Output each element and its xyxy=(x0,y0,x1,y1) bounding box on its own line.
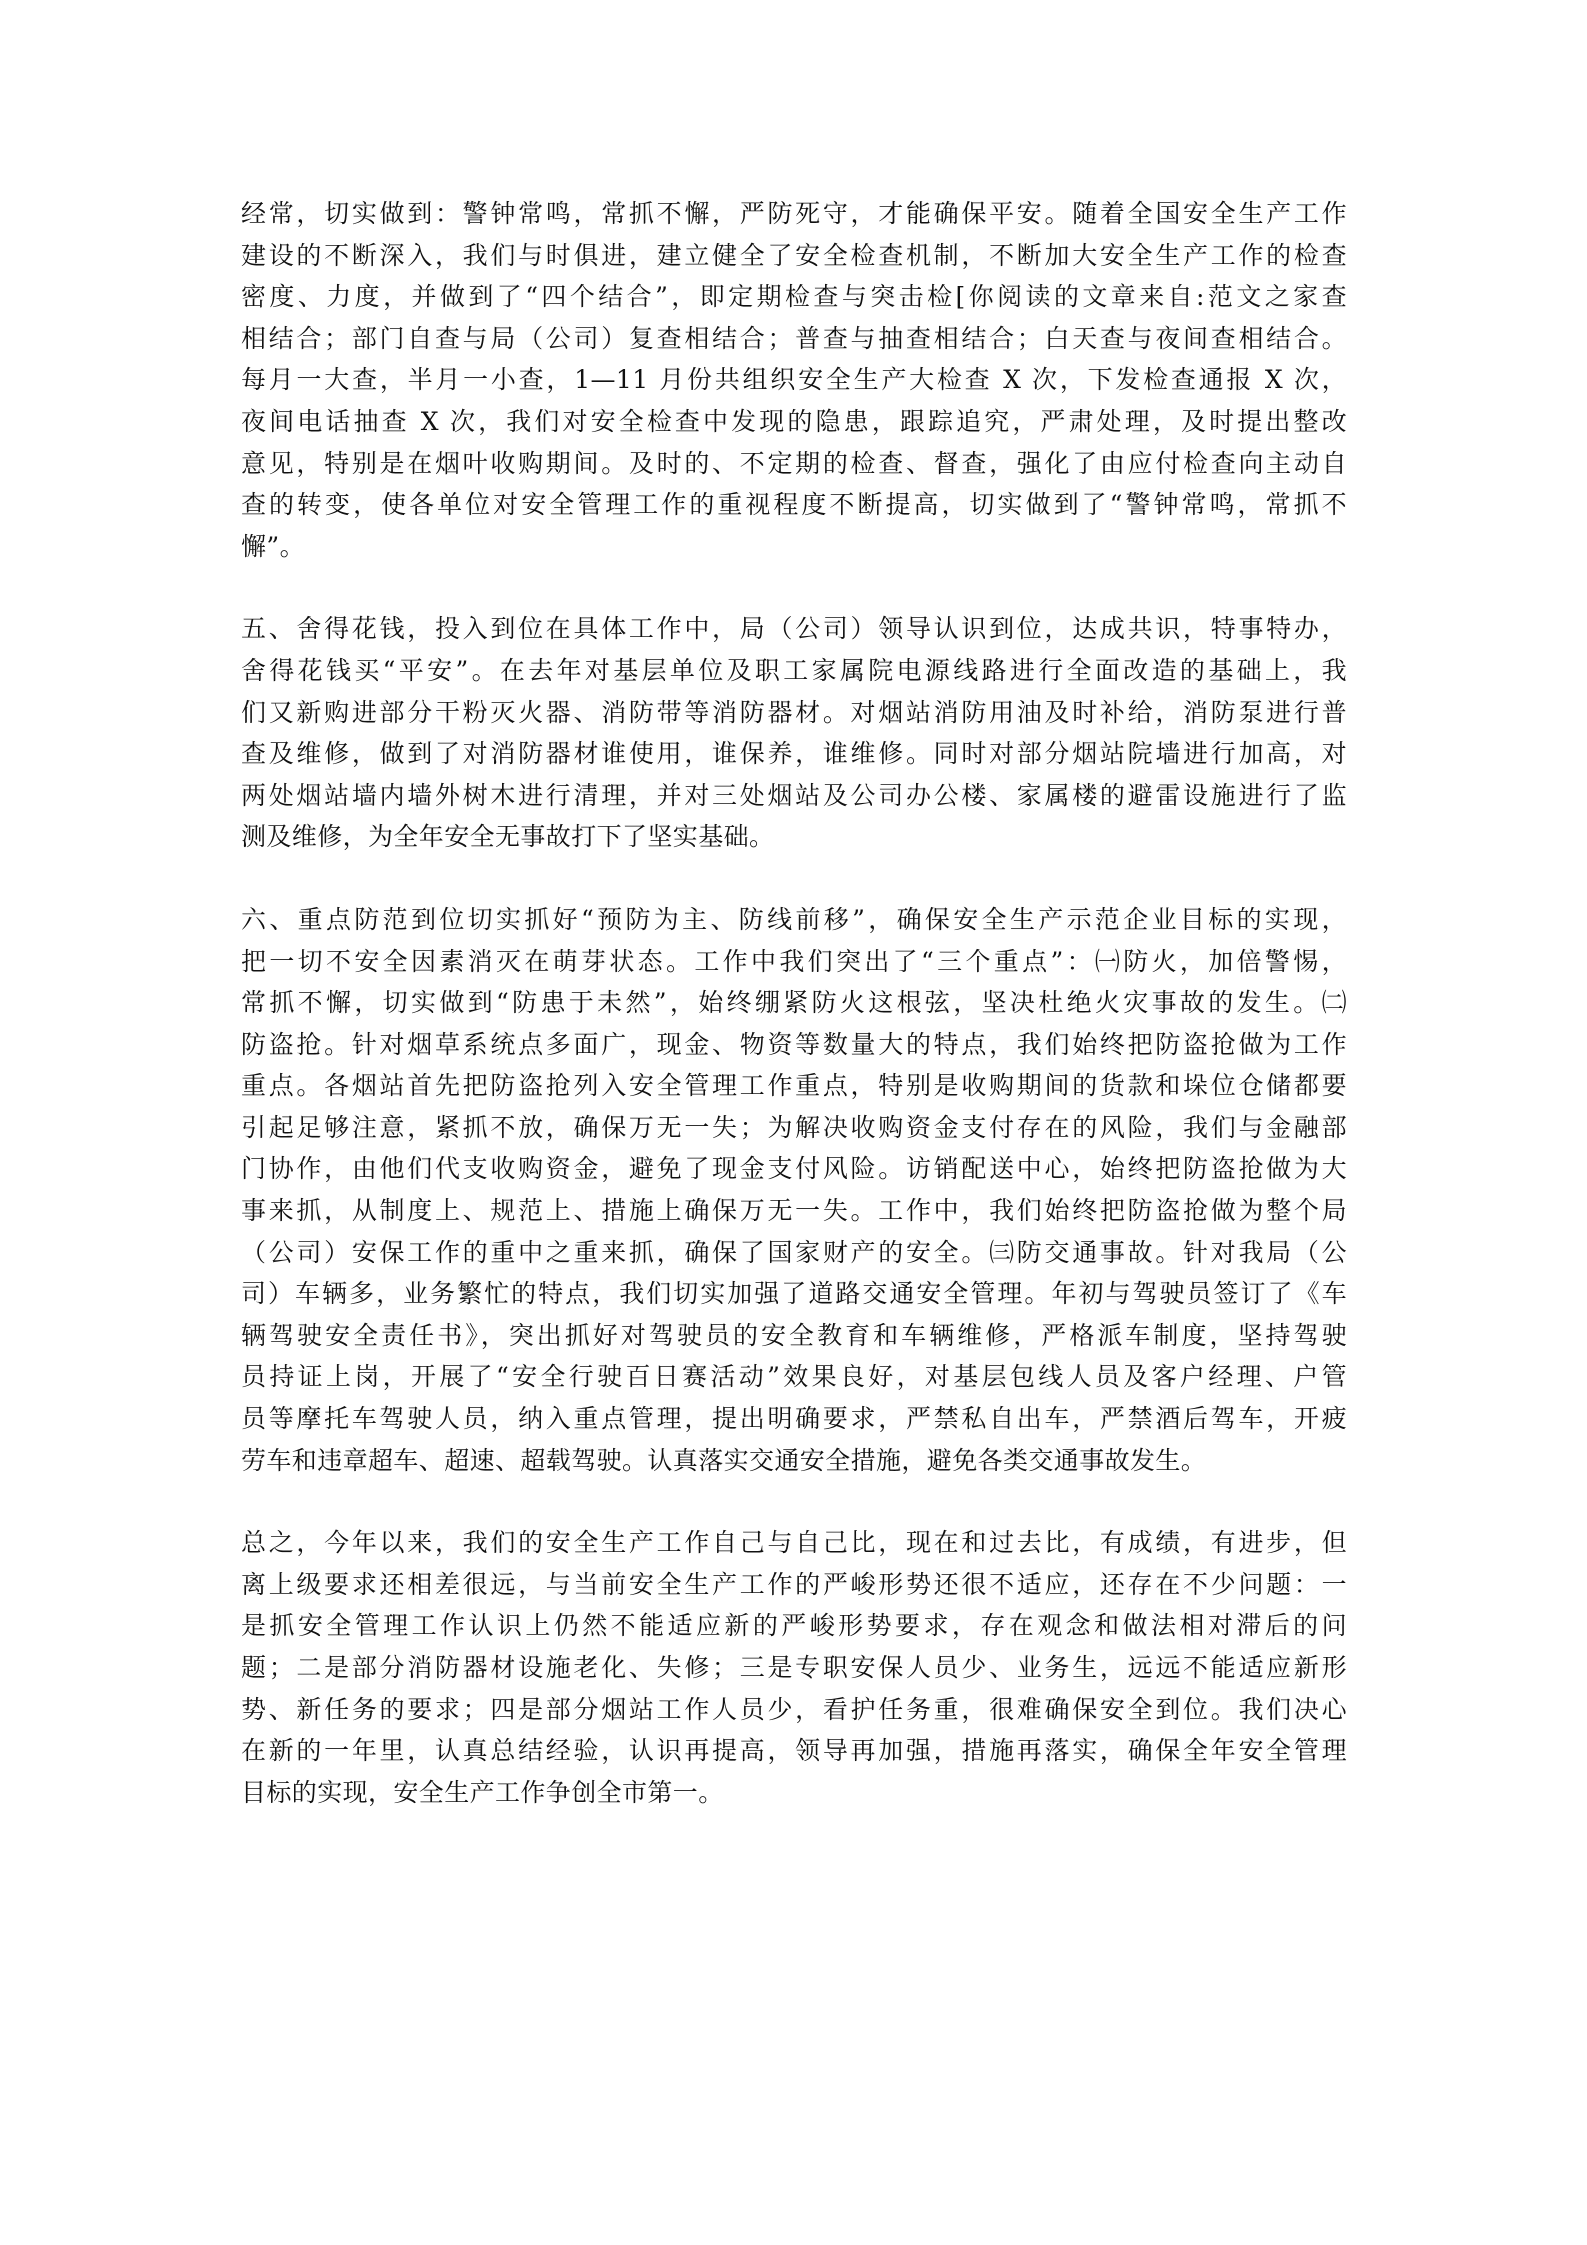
text-line: 门协作，由他们代支收购资金，避免了现金支付风险。访销配送中心，始终把防盗抢做为大 xyxy=(241,1148,1347,1190)
text-line: 每月一大查，半月一小查，1—11 月份共组织安全生产大检查 X 次，下发检查通报… xyxy=(241,359,1347,401)
text-line: 目标的实现，安全生产工作争创全市第一。 xyxy=(241,1772,1347,1814)
text-line: 五、舍得花钱，投入到位在具体工作中，局（公司）领导认识到位，达成共识，特事特办， xyxy=(241,608,1347,650)
text-line: 查的转变，使各单位对安全管理工作的重视程度不断提高，切实做到了“警钟常鸣，常抓不 xyxy=(241,484,1347,526)
text-line: 是抓安全管理工作认识上仍然不能适应新的严峻形势要求，存在观念和做法相对滞后的问 xyxy=(241,1605,1347,1647)
paragraph-section-five: 五、舍得花钱，投入到位在具体工作中，局（公司）领导认识到位，达成共识，特事特办，… xyxy=(241,608,1347,858)
text-line: 员等摩托车驾驶人员，纳入重点管理，提出明确要求，严禁私自出车，严禁酒后驾车，开疲 xyxy=(241,1398,1347,1440)
text-line: 两处烟站墙内墙外树木进行清理，并对三处烟站及公司办公楼、家属楼的避雷设施进行了监 xyxy=(241,775,1347,817)
text-line: 查及维修，做到了对消防器材谁使用，谁保养，谁维修。同时对部分烟站院墙进行加高，对 xyxy=(241,733,1347,775)
text-line: 员持证上岗，开展了“安全行驶百日赛活动”效果良好，对基层包线人员及客户经理、户管 xyxy=(241,1356,1347,1398)
text-line: 们又新购进部分干粉灭火器、消防带等消防器材。对烟站消防用油及时补给，消防泵进行普 xyxy=(241,692,1347,734)
text-line: 常抓不懈，切实做到“防患于未然”，始终绷紧防火这根弦，坚决杜绝火灾事故的发生。㈡ xyxy=(241,982,1347,1024)
text-line: 懈”。 xyxy=(241,526,1347,568)
document-page: 经常，切实做到：警钟常鸣，常抓不懈，严防死守，才能确保平安。随着全国安全生产工作… xyxy=(241,193,1347,1854)
text-line: 劳车和违章超车、超速、超载驾驶。认真落实交通安全措施，避免各类交通事故发生。 xyxy=(241,1440,1347,1482)
text-line: 经常，切实做到：警钟常鸣，常抓不懈，严防死守，才能确保平安。随着全国安全生产工作 xyxy=(241,193,1347,235)
text-line: 意见，特别是在烟叶收购期间。及时的、不定期的检查、督查，强化了由应付检查向主动自 xyxy=(241,443,1347,485)
text-line: 事来抓，从制度上、规范上、措施上确保万无一失。工作中，我们始终把防盗抢做为整个局 xyxy=(241,1190,1347,1232)
text-line: 引起足够注意，紧抓不放，确保万无一失；为解决收购资金支付存在的风险，我们与金融部 xyxy=(241,1107,1347,1149)
text-line: 辆驾驶安全责任书》，突出抓好对驾驶员的安全教育和车辆维修，严格派车制度，坚持驾驶 xyxy=(241,1315,1347,1357)
paragraph-section-six: 六、重点防范到位切实抓好“预防为主、防线前移”，确保安全生产示范企业目标的实现，… xyxy=(241,899,1347,1481)
text-line: 六、重点防范到位切实抓好“预防为主、防线前移”，确保安全生产示范企业目标的实现， xyxy=(241,899,1347,941)
text-line: 夜间电话抽查 X 次，我们对安全检查中发现的隐患，跟踪追究，严肃处理，及时提出整… xyxy=(241,401,1347,443)
text-line: （公司）安保工作的重中之重来抓，确保了国家财产的安全。㈢防交通事故。针对我局（公 xyxy=(241,1232,1347,1274)
text-line: 测及维修，为全年安全无事故打下了坚实基础。 xyxy=(241,816,1347,858)
text-line: 司）车辆多，业务繁忙的特点，我们切实加强了道路交通安全管理。年初与驾驶员签订了《… xyxy=(241,1273,1347,1315)
text-line: 舍得花钱买“平安”。在去年对基层单位及职工家属院电源线路进行全面改造的基础上，我 xyxy=(241,650,1347,692)
paragraph-summary: 总之，今年以来，我们的安全生产工作自己与自己比，现在和过去比，有成绩，有进步，但… xyxy=(241,1522,1347,1813)
text-line: 题；二是部分消防器材设施老化、失修；三是专职安保人员少、业务生，远远不能适应新形 xyxy=(241,1647,1347,1689)
text-line: 密度、力度，并做到了“四个结合”，即定期检查与突击检[你阅读的文章来自:范文之家… xyxy=(241,276,1347,318)
text-line: 总之，今年以来，我们的安全生产工作自己与自己比，现在和过去比，有成绩，有进步，但 xyxy=(241,1522,1347,1564)
text-line: 相结合；部门自查与局（公司）复查相结合；普查与抽查相结合；白天查与夜间查相结合。 xyxy=(241,318,1347,360)
text-line: 把一切不安全因素消灭在萌芽状态。工作中我们突出了“三个重点”：㈠防火，加倍警惕， xyxy=(241,941,1347,983)
text-line: 重点。各烟站首先把防盗抢列入安全管理工作重点，特别是收购期间的货款和垛位仓储都要 xyxy=(241,1065,1347,1107)
text-line: 建设的不断深入，我们与时俱进，建立健全了安全检查机制，不断加大安全生产工作的检查 xyxy=(241,235,1347,277)
paragraph-inspection: 经常，切实做到：警钟常鸣，常抓不懈，严防死守，才能确保平安。随着全国安全生产工作… xyxy=(241,193,1347,567)
text-line: 离上级要求还相差很远，与当前安全生产工作的严峻形势还很不适应，还存在不少问题：一 xyxy=(241,1564,1347,1606)
text-line: 在新的一年里，认真总结经验，认识再提高，领导再加强，措施再落实，确保全年安全管理 xyxy=(241,1730,1347,1772)
text-line: 防盗抢。针对烟草系统点多面广，现金、物资等数量大的特点，我们始终把防盗抢做为工作 xyxy=(241,1024,1347,1066)
text-line: 势、新任务的要求；四是部分烟站工作人员少，看护任务重，很难确保安全到位。我们决心 xyxy=(241,1689,1347,1731)
